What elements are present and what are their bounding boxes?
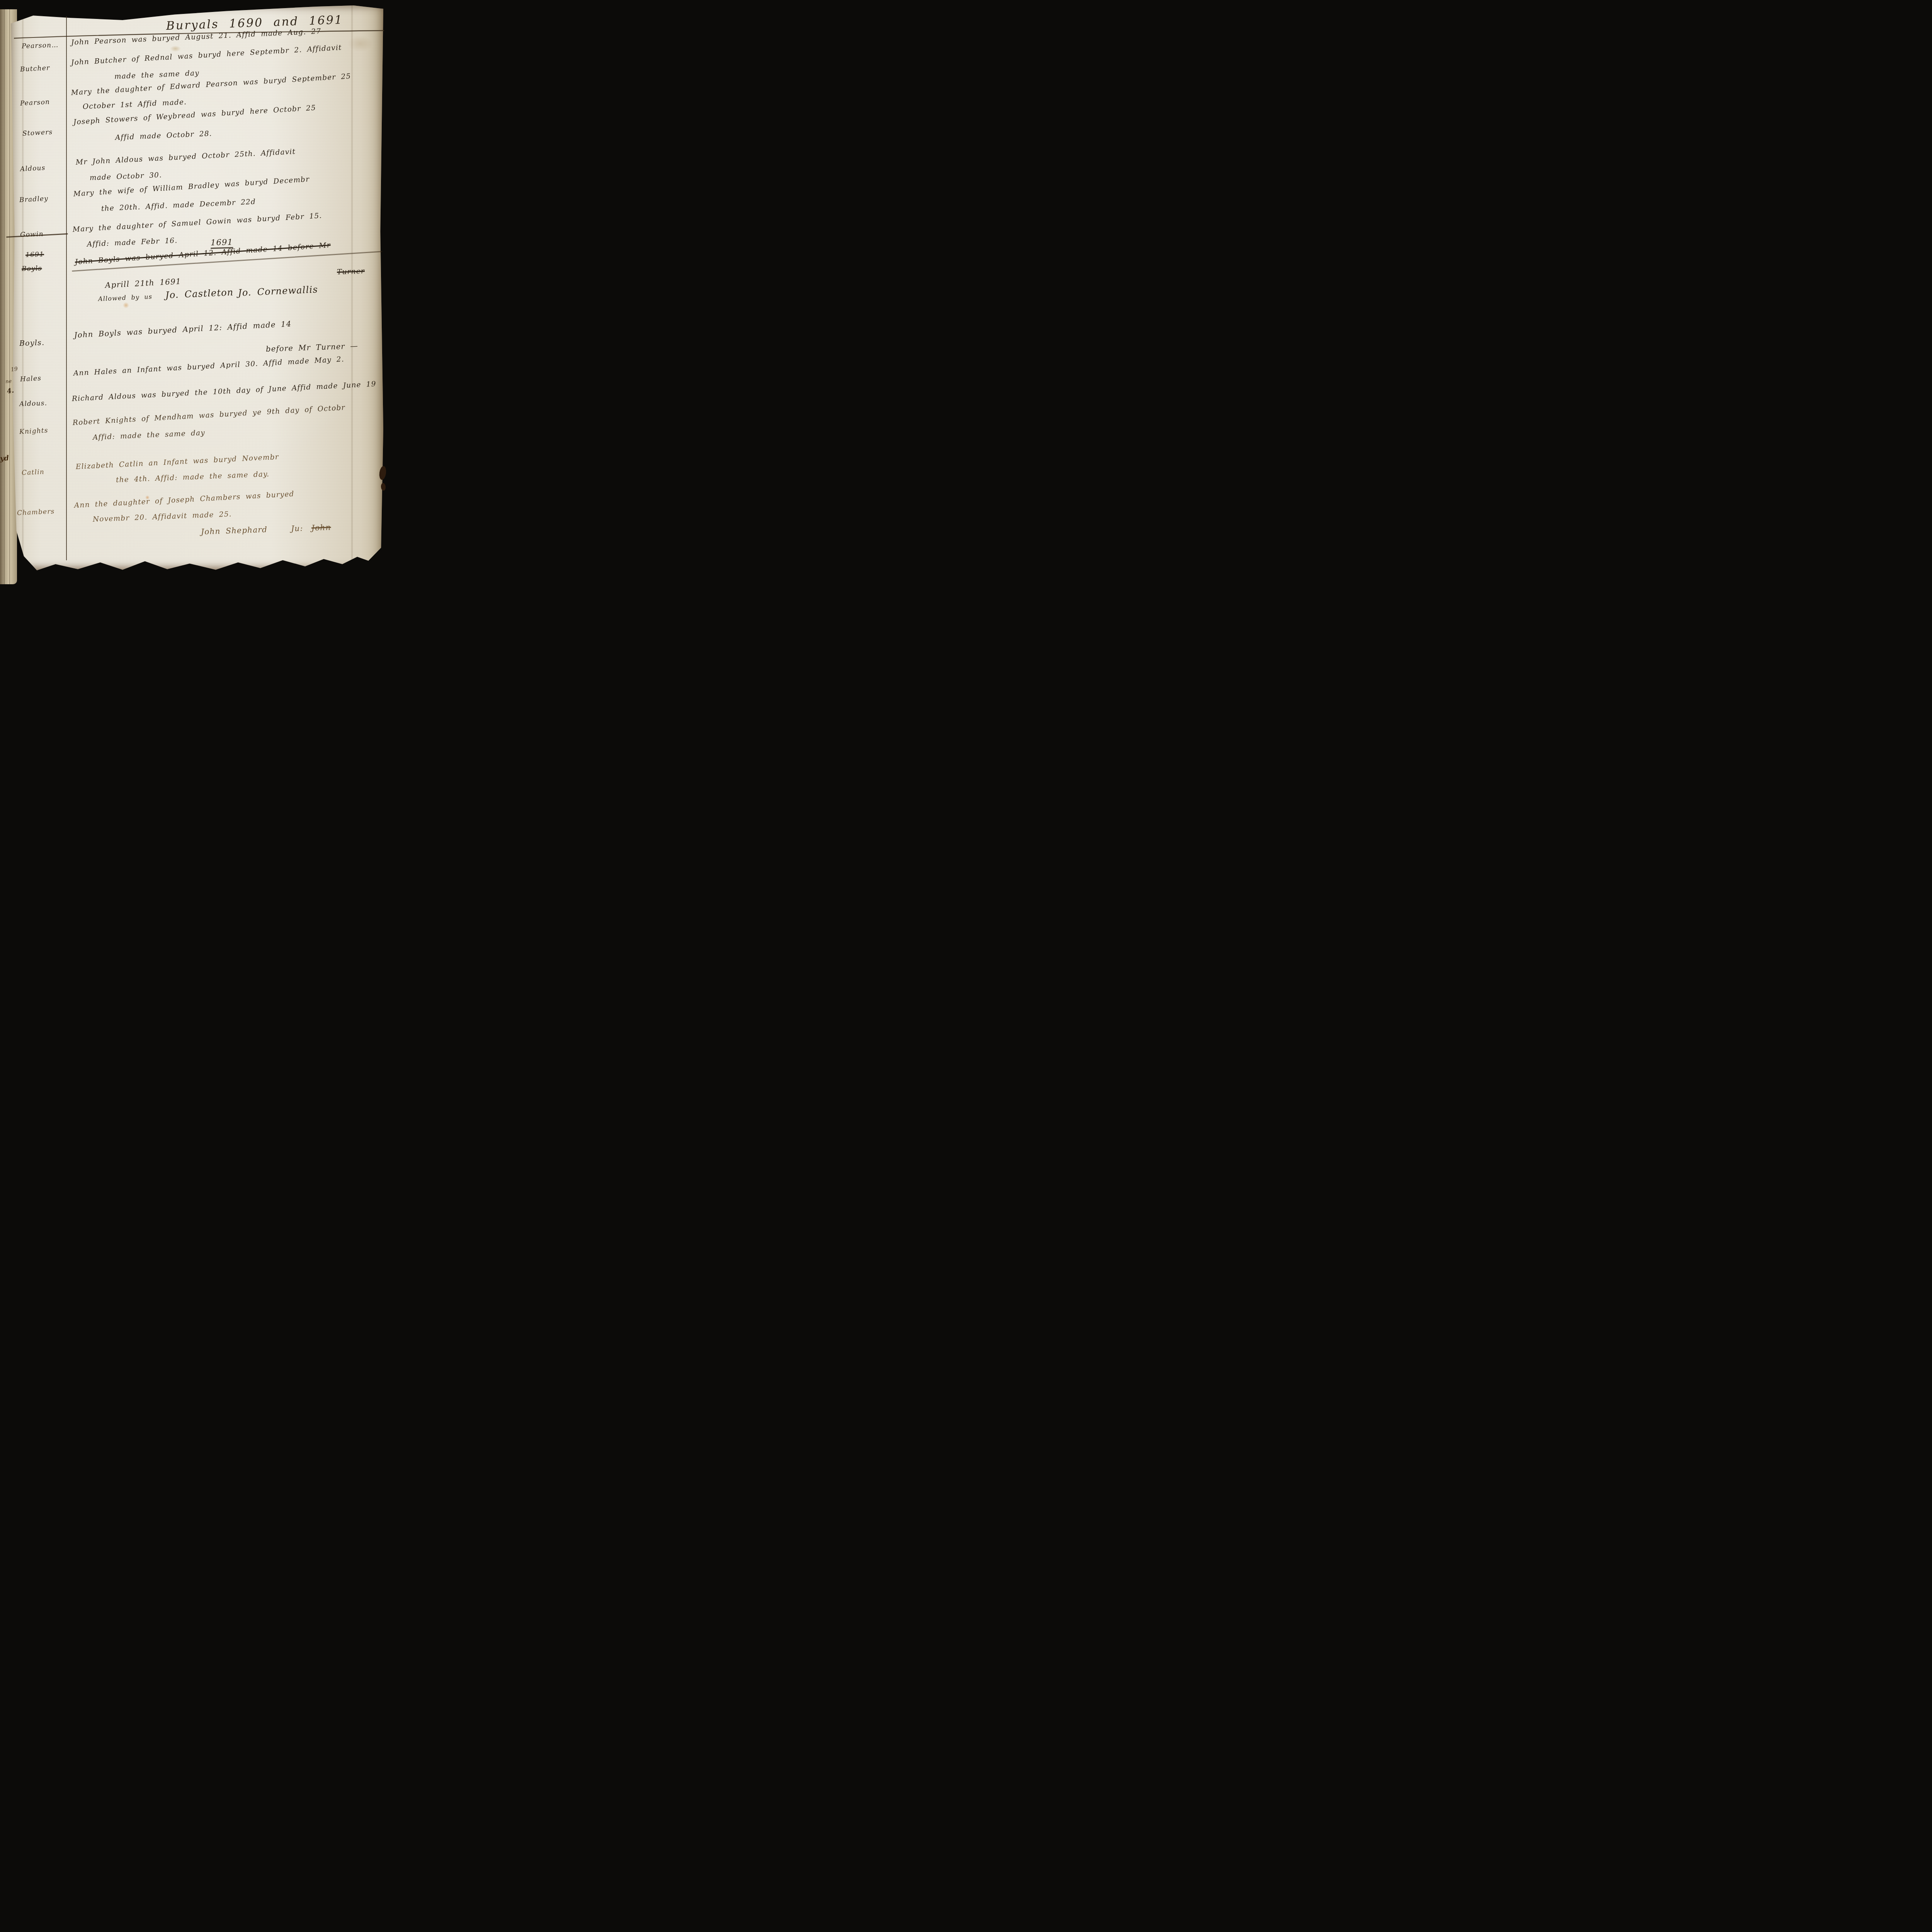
margin-name: Boyls.	[19, 338, 45, 348]
stain	[123, 302, 129, 308]
struck-word: John	[311, 522, 331, 532]
manuscript-photo: Buryals 1690 and 1691 Pearson… John Pear…	[0, 0, 388, 598]
margin-name-struck: Boyls	[22, 265, 42, 273]
stain	[170, 46, 181, 52]
margin-name: Knights	[19, 427, 48, 436]
margin-name: Bradley	[19, 195, 48, 204]
margin-name: Chambers	[17, 508, 55, 517]
margin-name: Butcher	[20, 64, 50, 73]
year-heading: 1691	[211, 237, 233, 249]
stain	[348, 36, 372, 52]
edge-mark: ne	[5, 378, 12, 385]
edge-mark: 19	[10, 366, 18, 373]
binding-crease	[9, 9, 10, 584]
edge-mark: yd	[0, 454, 9, 463]
margin-year-struck: 1691	[26, 250, 44, 259]
margin-name: Stowers	[22, 128, 53, 138]
margin-name: Pearson…	[22, 41, 59, 50]
edge-mark: 4.	[6, 387, 14, 396]
page-fold-crease	[351, 5, 353, 570]
margin-name: Hales	[20, 374, 41, 383]
page-fold-crease	[22, 5, 24, 570]
signature-gap	[273, 531, 286, 532]
margin-rule-line	[66, 16, 67, 560]
clerk-style: Ju:	[291, 524, 303, 533]
margin-name: Catlin	[22, 468, 45, 477]
binding-crease	[4, 9, 5, 584]
entry-line-struck: Turner	[337, 267, 365, 276]
margin-name: Aldous	[20, 164, 46, 173]
margin-name: Pearson	[20, 98, 50, 107]
margin-name: Aldous.	[19, 399, 48, 408]
